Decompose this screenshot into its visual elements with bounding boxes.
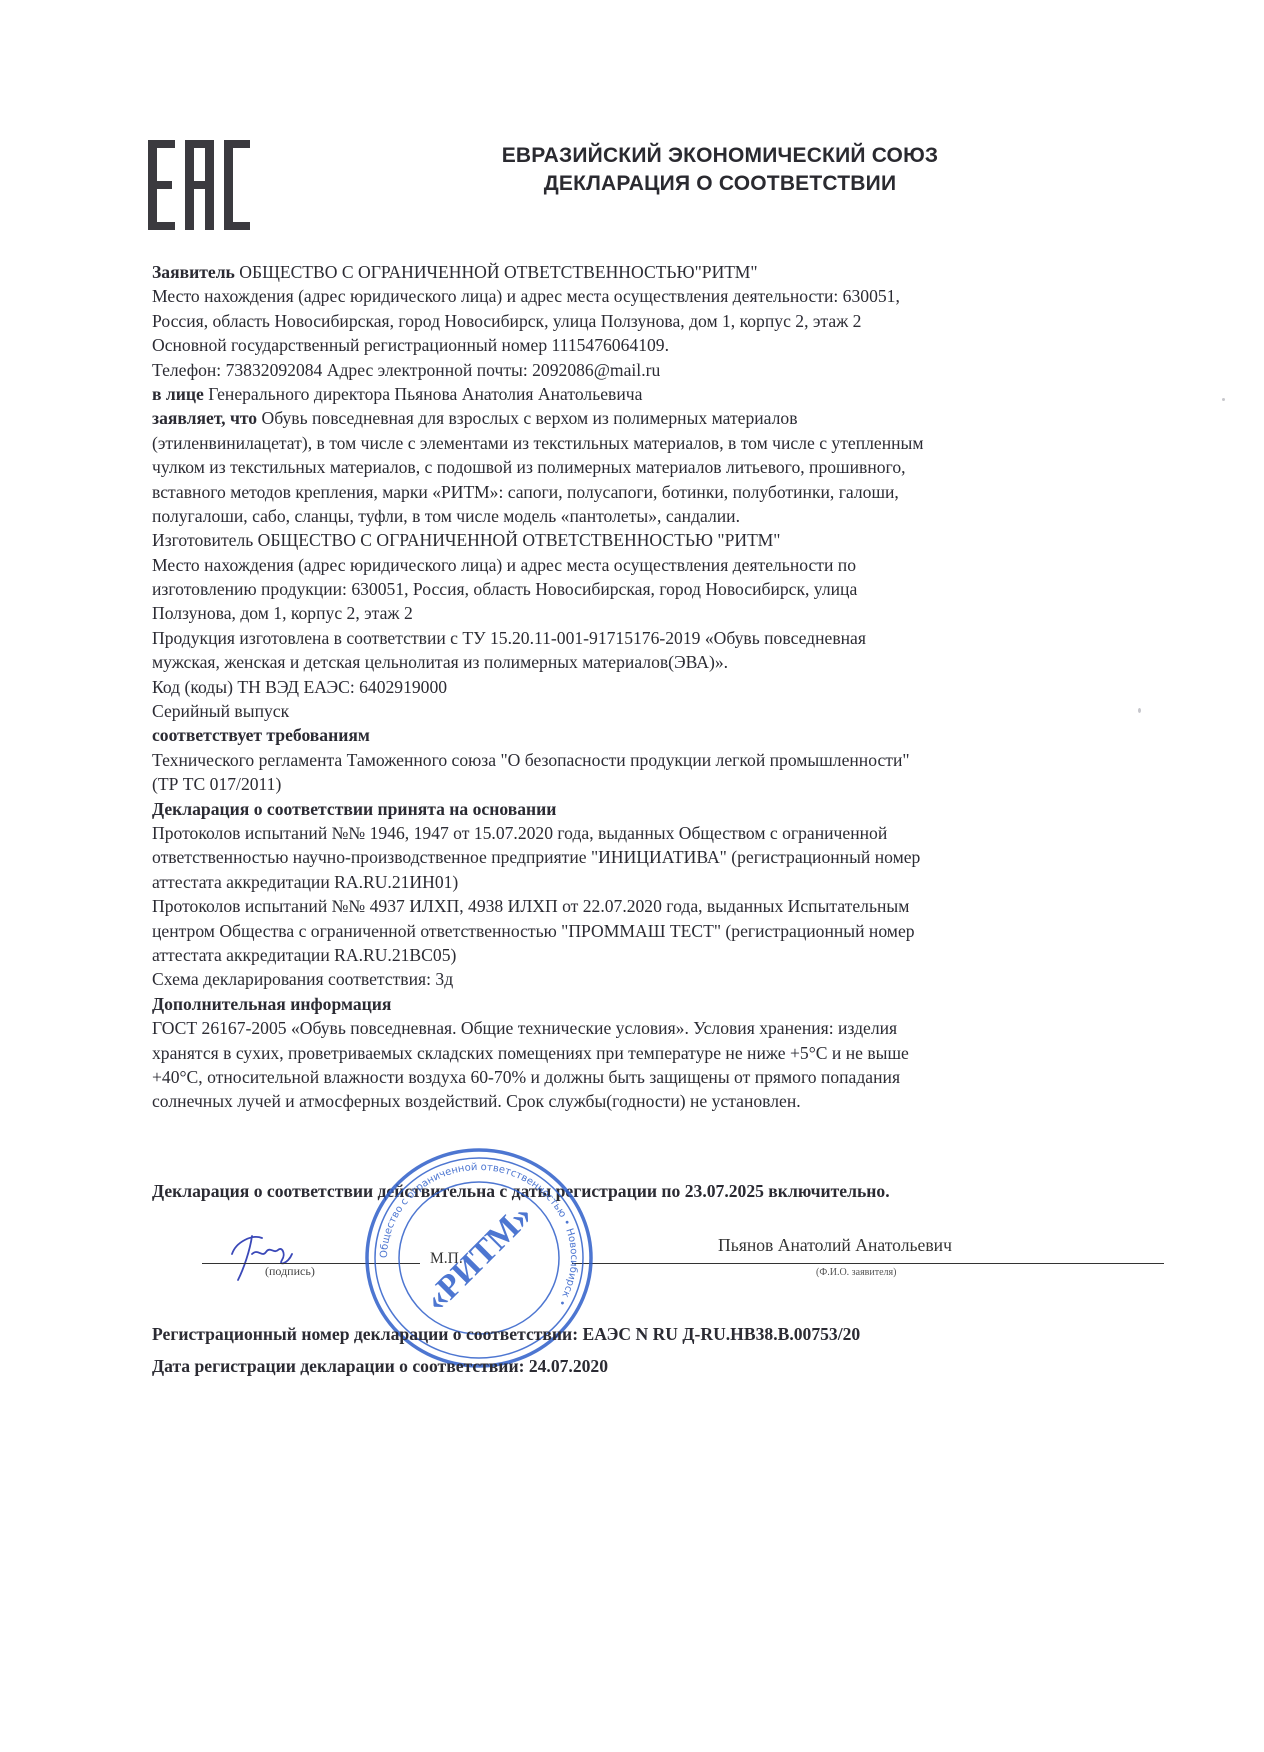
product-line: полугалоши, сабо, сланцы, туфли, в том ч… <box>152 504 1142 528</box>
basis-heading: Декларация о соответствии принята на осн… <box>152 797 1142 821</box>
tn-ved-code: Код (коды) ТН ВЭД ЕАЭС: 6402919000 <box>152 675 1142 699</box>
applicant-ogrn-line: Основной государственный регистрационный… <box>152 333 1142 357</box>
applicant-label: Заявитель <box>152 262 235 282</box>
product-standard-line: мужская, женская и детская цельнолитая и… <box>152 650 1142 674</box>
represented-by-line: в лице Генерального директора Пьянова Ан… <box>152 382 1142 406</box>
applicant-line: Заявитель ОБЩЕСТВО С ОГРАНИЧЕННОЙ ОТВЕТС… <box>152 260 1142 284</box>
name-caption: (Ф.И.О. заявителя) <box>816 1267 896 1278</box>
additional-info-line: солнечных лучей и атмосферных воздействи… <box>152 1089 1142 1113</box>
declares-line: заявляет, что Обувь повседневная для взр… <box>152 406 1142 430</box>
document-title: ДЕКЛАРАЦИЯ О СООТВЕТСТВИИ <box>440 170 1000 198</box>
product-line: вставного методов крепления, марки «РИТМ… <box>152 480 1142 504</box>
applicant-full-name: Пьянов Анатолий Анатольевич <box>718 1235 952 1256</box>
signature-caption: (подпись) <box>265 1264 315 1279</box>
document-header: ЕВРАЗИЙСКИЙ ЭКОНОМИЧЕСКИЙ СОЮЗ ДЕКЛАРАЦИ… <box>440 142 1000 198</box>
declaration-body: Заявитель ОБЩЕСТВО С ОГРАНИЧЕННОЙ ОТВЕТС… <box>152 260 1142 1114</box>
requirements-heading: соответствует требованиям <box>152 723 1142 747</box>
manufacturer-address-line: Место нахождения (адрес юридического лиц… <box>152 553 1142 577</box>
additional-info-line: ГОСТ 26167-2005 «Обувь повседневная. Общ… <box>152 1016 1142 1040</box>
eac-mark-icon <box>148 140 250 230</box>
scan-artifact <box>1138 708 1141 713</box>
eac-logo <box>148 140 250 230</box>
additional-info-heading: Дополнительная информация <box>152 992 1142 1016</box>
applicant-address-line: Место нахождения (адрес юридического лиц… <box>152 284 1142 308</box>
product-description: Обувь повседневная для взрослых с верхом… <box>257 408 797 428</box>
registration-block: Регистрационный номер декларации о соотв… <box>152 1318 860 1382</box>
name-line <box>572 1263 1164 1264</box>
product-line: (этиленвинилацетат), в том числе с элеме… <box>152 431 1142 455</box>
declaration-scheme: Схема декларирования соответствия: 3д <box>152 967 1142 991</box>
applicant-contacts-line: Телефон: 73832092084 Адрес электронной п… <box>152 358 1142 382</box>
protocol-line: Протоколов испытаний №№ 4937 ИЛХП, 4938 … <box>152 894 1142 918</box>
manufacturer-address-line: Ползунова, дом 1, корпус 2, этаж 2 <box>152 601 1142 625</box>
requirements-line: Технического регламента Таможенного союз… <box>152 748 1142 772</box>
registration-date: Дата регистрации декларации о соответств… <box>152 1350 860 1382</box>
applicant-address-line: Россия, область Новосибирская, город Нов… <box>152 309 1142 333</box>
additional-info-line: хранятся в сухих, проветриваемых складск… <box>152 1041 1142 1065</box>
manufacturer-line: Изготовитель ОБЩЕСТВО С ОГРАНИЧЕННОЙ ОТВ… <box>152 528 1142 552</box>
product-line: чулком из текстильных материалов, с подо… <box>152 455 1142 479</box>
protocol-line: центром Общества с ограниченной ответств… <box>152 919 1142 943</box>
signature-block: (подпись) М.П. Пьянов Анатолий Анатольев… <box>0 1230 1264 1300</box>
scan-artifact <box>1222 398 1225 401</box>
protocol-line: Протоколов испытаний №№ 1946, 1947 от 15… <box>152 821 1142 845</box>
additional-info-line: +40°С, относительной влажности воздуха 6… <box>152 1065 1142 1089</box>
manufacturer-address-line: изготовлению продукции: 630051, Россия, … <box>152 577 1142 601</box>
product-standard-line: Продукция изготовлена в соответствии с Т… <box>152 626 1142 650</box>
protocol-line: ответственностью научно-производственное… <box>152 845 1142 869</box>
union-title: ЕВРАЗИЙСКИЙ ЭКОНОМИЧЕСКИЙ СОЮЗ <box>440 142 1000 170</box>
production-type: Серийный выпуск <box>152 699 1142 723</box>
represented-label: в лице <box>152 384 204 404</box>
represented-by: Генерального директора Пьянова Анатолия … <box>204 384 643 404</box>
requirements-line: (ТР ТС 017/2011) <box>152 772 1142 796</box>
stamp-center-text: «РИТМ» <box>418 1197 540 1319</box>
declares-label: заявляет, что <box>152 408 257 428</box>
applicant-name: ОБЩЕСТВО С ОГРАНИЧЕННОЙ ОТВЕТСТВЕННОСТЬЮ… <box>235 262 758 282</box>
protocol-line: аттестата аккредитации RA.RU.21ИН01) <box>152 870 1142 894</box>
protocol-line: аттестата аккредитации RA.RU.21ВС05) <box>152 943 1142 967</box>
registration-number: Регистрационный номер декларации о соотв… <box>152 1318 860 1350</box>
